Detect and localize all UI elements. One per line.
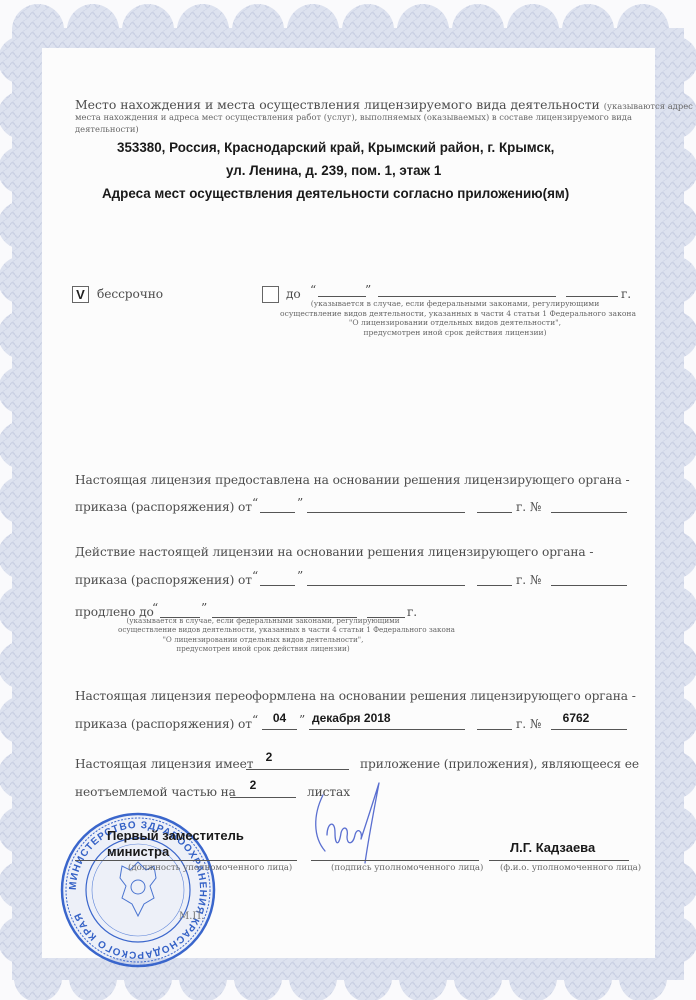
appendix-text-1: Настоящая лицензия имеет (75, 757, 253, 771)
extended-year-field[interactable] (477, 585, 512, 586)
address-line-3: Адреса мест осуществления деятельности с… (102, 186, 569, 201)
granted-day-field[interactable] (260, 512, 295, 513)
reissued-year-field[interactable] (477, 729, 512, 730)
address-line-2: ул. Ленина, д. 239, пом. 1, этаж 1 (226, 163, 441, 178)
location-heading-line3: деятельности) (75, 124, 139, 134)
signer-position-line1: Первый заместитель (107, 828, 244, 843)
signer-name: Л.Г. Кадзаева (510, 840, 595, 855)
extended-month-field[interactable] (307, 585, 465, 586)
signature-caption: (подпись уполномоченного лица) (331, 863, 483, 873)
granted-order-label: приказа (распоряжения) от (75, 500, 252, 514)
validity-note: (указывается в случае, если федеральными… (280, 299, 630, 337)
extended-basis-text: Действие настоящей лицензии на основании… (75, 545, 593, 559)
until-year-field[interactable] (566, 296, 618, 297)
position-line (75, 860, 297, 861)
reissued-basis-text: Настоящая лицензия переоформлена на осно… (75, 689, 636, 703)
appendix-text-3: неотъемлемой частью на (75, 785, 236, 799)
reissued-number-field[interactable] (551, 729, 627, 730)
name-caption: (ф.и.о. уполномоченного лица) (500, 863, 641, 873)
reissued-month-field[interactable] (309, 729, 465, 730)
appendix-count-value: 2 (246, 750, 292, 764)
signature-line (311, 860, 479, 861)
extended-day-field[interactable] (260, 585, 295, 586)
extended-note: (указывается в случае, если федеральными… (118, 616, 408, 654)
unlimited-label: бессрочно (97, 287, 163, 301)
reissued-day-field[interactable] (262, 729, 297, 730)
location-heading: Место нахождения и места осуществления л… (75, 97, 693, 112)
until-checkbox[interactable] (262, 286, 279, 303)
reissued-number-value: 6762 (551, 711, 601, 725)
until-day-field[interactable] (318, 296, 366, 297)
appendix-sheets-value: 2 (230, 778, 276, 792)
granted-year-field[interactable] (477, 512, 512, 513)
granted-month-field[interactable] (307, 512, 465, 513)
appendix-count-field[interactable] (246, 769, 349, 770)
appendix-sheets-field[interactable] (230, 797, 296, 798)
granted-basis-text: Настоящая лицензия предоставлена на осно… (75, 473, 630, 487)
signer-position-line2: министра (107, 844, 169, 859)
unlimited-checkbox[interactable]: V (72, 286, 89, 303)
appendix-text-2: приложение (приложения), являющееся ее (360, 757, 639, 771)
name-line (489, 860, 629, 861)
reissued-day-value: 04 (262, 711, 297, 725)
extended-number-field[interactable] (551, 585, 627, 586)
seal-place-mark: М.П. (179, 911, 204, 922)
reissued-month-value: декабря 2018 (312, 711, 391, 725)
extended-order-label: приказа (распоряжения) от (75, 573, 252, 587)
address-line-1: 353380, Россия, Краснодарский край, Крым… (117, 140, 554, 155)
signature-icon (305, 775, 395, 870)
granted-number-field[interactable] (551, 512, 627, 513)
position-caption: (должность уполномоченного лица) (128, 863, 292, 873)
location-heading-line2: места нахождения и адреса мест осуществл… (75, 112, 632, 122)
until-month-field[interactable] (378, 296, 556, 297)
reissued-order-label: приказа (распоряжения) от (75, 717, 252, 731)
